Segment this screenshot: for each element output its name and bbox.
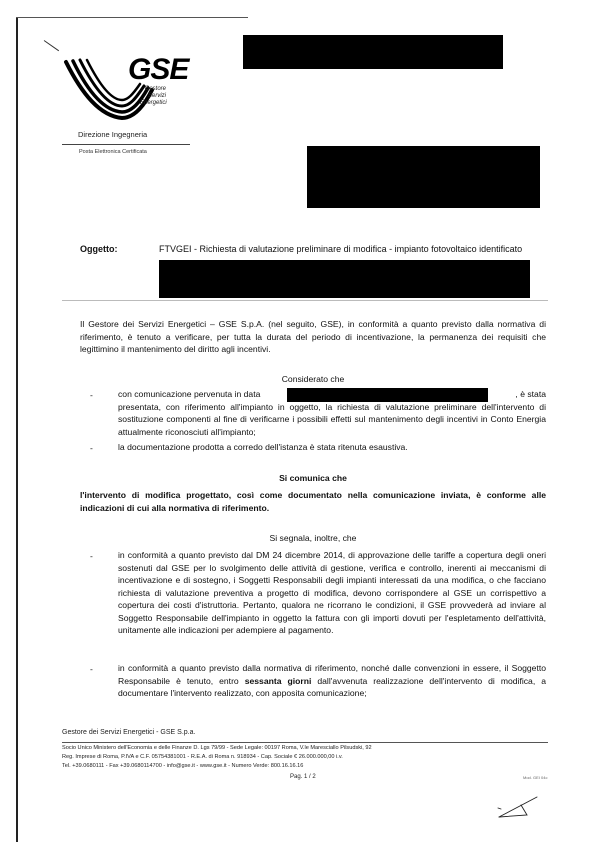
redacted-address	[307, 146, 540, 208]
logo-subtitle-line: Gestore	[140, 86, 166, 93]
bullet-dash: -	[90, 551, 93, 561]
scan-border-left	[16, 17, 18, 842]
segnala-item-2: in conformità a quanto previsto dalla no…	[118, 662, 546, 700]
footer-line: Socio Unico Ministero dell'Economia e de…	[62, 745, 372, 751]
redacted-plant-id	[159, 260, 530, 298]
form-code: Mod. GEI 04c	[523, 775, 547, 780]
logo-subtitle-line: Servizi	[140, 93, 166, 100]
logo-subtitle-line: Energetici	[140, 100, 166, 107]
footer-divider	[62, 742, 548, 743]
segnala-heading: Si segnala, inoltre, che	[80, 533, 546, 543]
scan-mark	[44, 40, 59, 51]
initials-signature-icon	[497, 793, 541, 819]
footer-line: Reg. Imprese di Roma, P.IVA e C.F. 05754…	[62, 754, 343, 760]
considerato-item-1-rest: presentata, con riferimento all'impianto…	[118, 401, 546, 439]
comunica-text: l'intervento di modifica progettato, cos…	[80, 489, 546, 514]
channel-label: Posta Elettronica Certificata	[79, 149, 147, 155]
subject-divider	[62, 300, 548, 301]
bullet-dash: -	[90, 664, 93, 674]
header-divider	[62, 144, 190, 145]
department-label: Direzione Ingegneria	[78, 130, 147, 139]
considerato-item-1: con comunicazione pervenuta in data , è …	[118, 388, 546, 438]
bullet-dash: -	[90, 443, 93, 453]
bullet-dash: -	[90, 390, 93, 400]
intro-paragraph: Il Gestore dei Servizi Energetici – GSE …	[80, 318, 546, 356]
considerato-item-1-suffix: , è stata	[515, 388, 546, 401]
considerato-item-2: la documentazione prodotta a corredo del…	[118, 441, 546, 454]
considerato-heading: Considerato che	[80, 374, 546, 384]
logo-wordmark: GSE	[128, 55, 188, 85]
redacted-recipient	[243, 35, 503, 69]
considerato-item-1-prefix: con comunicazione pervenuta in data	[118, 388, 260, 401]
segnala-item-1: in conformità a quanto previsto dal DM 2…	[118, 549, 546, 637]
subject-label: Oggetto:	[80, 244, 118, 254]
deadline-emphasis: sessanta giorni	[245, 676, 312, 686]
comunica-heading: Si comunica che	[80, 473, 546, 483]
subject-text: FTVGEI - Richiesta di valutazione prelim…	[159, 244, 522, 254]
footer-line: Tel. +39.0680111 - Fax +39.0680114700 - …	[62, 763, 303, 769]
page-number: Pag. 1 / 2	[290, 774, 316, 780]
footer-org: Gestore dei Servizi Energetici - GSE S.p…	[62, 729, 195, 736]
logo-subtitle: Gestore Servizi Energetici	[140, 86, 166, 107]
scan-border-top	[16, 17, 248, 18]
